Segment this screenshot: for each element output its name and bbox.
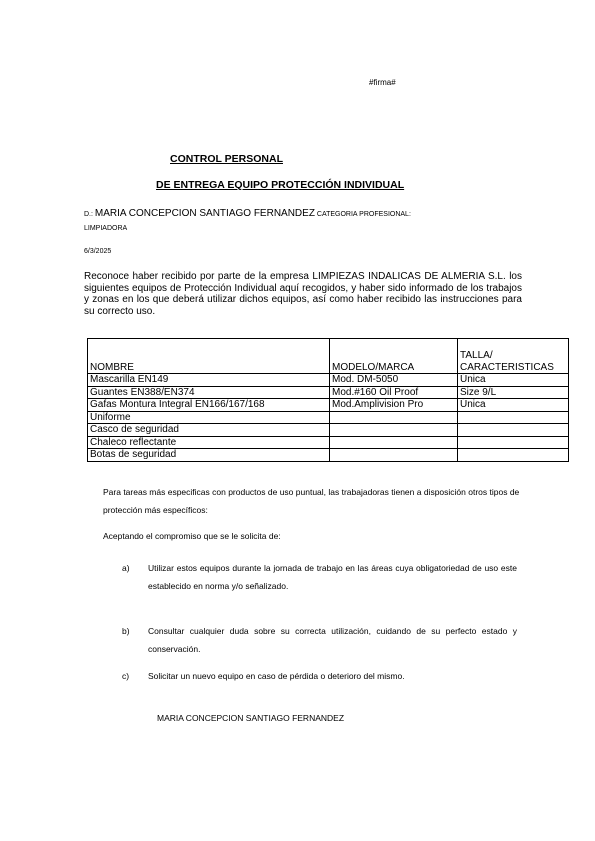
commitment-intro: Aceptando el compromiso que se le solici… — [103, 527, 523, 545]
signature-placeholder: #firma# — [369, 78, 396, 87]
table-cell: Mod.#160 Oil Proof — [330, 386, 458, 399]
commitment-text: Solicitar un nuevo equipo en caso de pér… — [148, 667, 517, 685]
table-cell: Mod.Amplivision Pro — [330, 399, 458, 412]
commitment-item: c) Solicitar un nuevo equipo en caso de … — [122, 667, 517, 685]
table-cell: Guantes EN388/EN374 — [88, 386, 330, 399]
employee-name: MARIA CONCEPCION SANTIAGO FERNANDEZ — [95, 208, 315, 219]
table-cell — [458, 436, 569, 449]
intro-paragraph: Reconoce haber recibido por parte de la … — [84, 271, 522, 317]
table-header-row: NOMBREMODELO/MARCATALLA/ CARACTERISTICAS — [88, 339, 569, 374]
table-cell: Uniforme — [88, 411, 330, 424]
table-cell: Única — [458, 399, 569, 412]
table-cell: Mod. DM-5050 — [330, 374, 458, 387]
commitment-label: a) — [122, 559, 130, 577]
table-cell: Gafas Montura Integral EN166/167/168 — [88, 399, 330, 412]
commitment-item: a) Utilizar estos equipos durante la jor… — [122, 559, 517, 595]
document-date: 6/3/2025 — [84, 248, 111, 255]
equipment-table: NOMBREMODELO/MARCATALLA/ CARACTERISTICAS… — [87, 338, 569, 462]
table-cell — [458, 424, 569, 437]
table-row: Uniforme — [88, 411, 569, 424]
signature-name: MARIA CONCEPCION SANTIAGO FERNANDEZ — [157, 713, 344, 723]
table-cell — [330, 424, 458, 437]
name-prefix: D.: — [84, 211, 93, 218]
commitment-text: Utilizar estos equipos durante la jornad… — [148, 559, 517, 595]
table-cell — [458, 449, 569, 462]
table-header-cell: TALLA/ CARACTERISTICAS — [458, 339, 569, 374]
table-cell: Única — [458, 374, 569, 387]
table-cell — [330, 436, 458, 449]
commitment-label: c) — [122, 667, 129, 685]
category-label: CATEGORIA PROFESIONAL: — [317, 211, 411, 218]
table-row: Casco de seguridad — [88, 424, 569, 437]
table-cell: Size 9/L — [458, 386, 569, 399]
table-row: Chaleco reflectante — [88, 436, 569, 449]
table-cell — [330, 411, 458, 424]
table-row: Mascarilla EN149Mod. DM-5050Única — [88, 374, 569, 387]
table-cell: Chaleco reflectante — [88, 436, 330, 449]
document-title: CONTROL PERSONAL — [170, 153, 283, 165]
table-row: Gafas Montura Integral EN166/167/168Mod.… — [88, 399, 569, 412]
table-header-cell: MODELO/MARCA — [330, 339, 458, 374]
commitment-text: Consultar cualquier duda sobre su correc… — [148, 622, 517, 658]
document-subtitle: DE ENTREGA EQUIPO PROTECCIÓN INDIVIDUAL — [156, 179, 404, 191]
commitment-item: b) Consultar cualquier duda sobre su cor… — [122, 622, 517, 658]
table-header-cell: NOMBRE — [88, 339, 330, 374]
commitment-label: b) — [122, 622, 130, 640]
table-row: Guantes EN388/EN374Mod.#160 Oil ProofSiz… — [88, 386, 569, 399]
employee-info: D.: MARIA CONCEPCION SANTIAGO FERNANDEZ … — [84, 207, 524, 236]
table-cell — [330, 449, 458, 462]
table-row: Botas de seguridad — [88, 449, 569, 462]
table-cell: Casco de seguridad — [88, 424, 330, 437]
employee-category: LIMPIADORA — [84, 225, 127, 232]
table-cell: Botas de seguridad — [88, 449, 330, 462]
table-cell: Mascarilla EN149 — [88, 374, 330, 387]
specific-protection-note: Para tareas más especificas con producto… — [103, 483, 523, 519]
table-cell — [458, 411, 569, 424]
